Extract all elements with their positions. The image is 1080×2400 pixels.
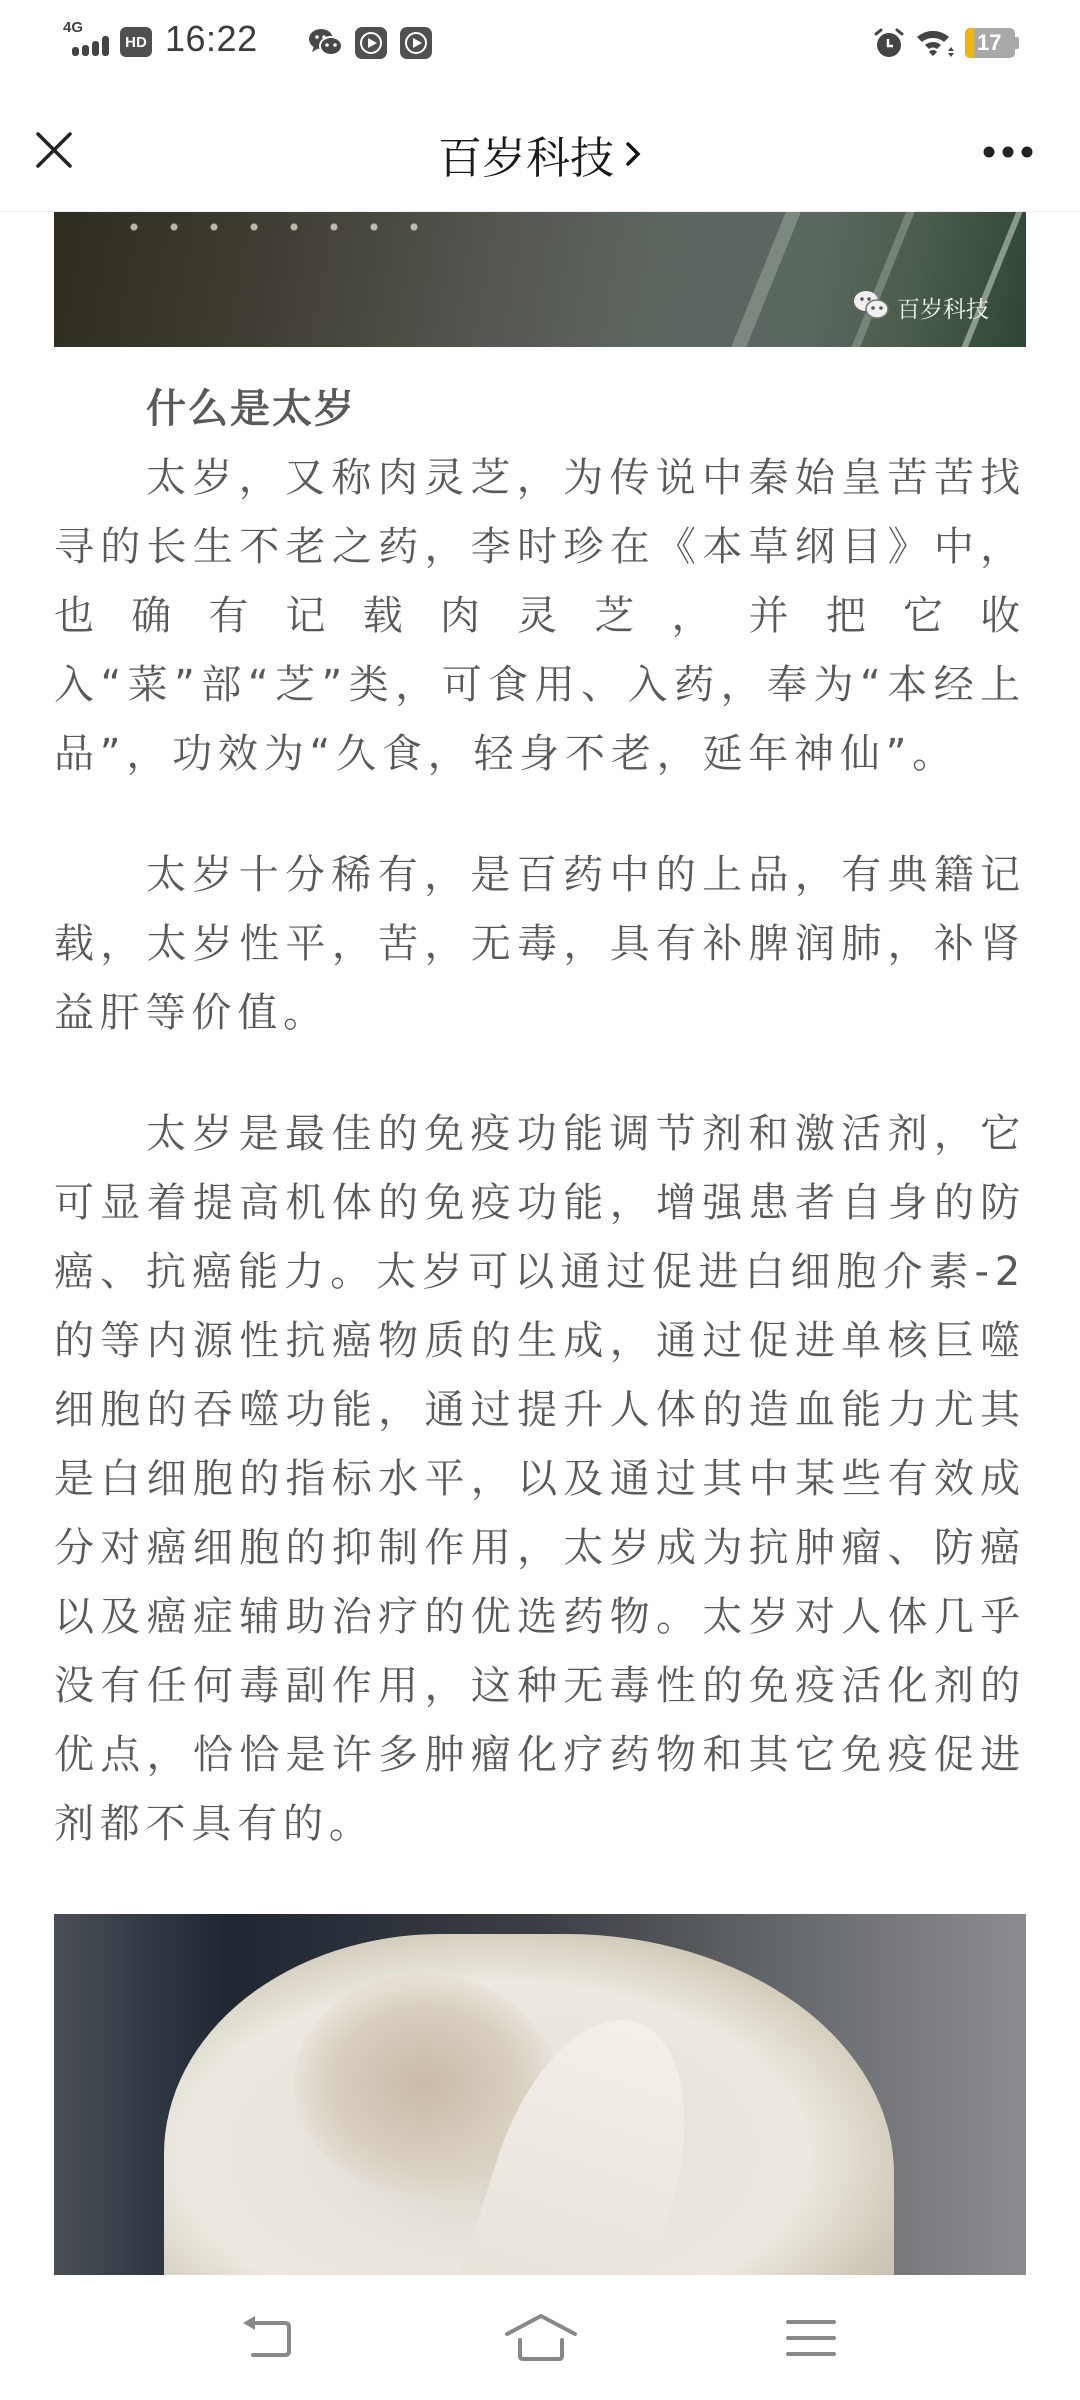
more-icon — [982, 144, 1034, 163]
battery-level: 17 — [977, 30, 1001, 56]
top-navigation-bar: 百岁科技 — [0, 88, 1080, 212]
signal-strength-icon — [72, 33, 112, 57]
wifi-icon — [915, 27, 957, 59]
recents-button[interactable] — [766, 2305, 856, 2375]
home-icon — [505, 2314, 577, 2366]
back-icon — [241, 2315, 295, 2365]
video-play-icon — [400, 27, 432, 59]
article-body: 什么是太岁 太岁，又称肉灵芝，为传说中秦始皇苦苦找寻的长生不老之药，李时珍在《本… — [54, 375, 1026, 1859]
clock-time: 16:22 — [165, 18, 258, 60]
hd-voice-icon: HD — [120, 27, 152, 57]
more-options-button[interactable] — [972, 128, 1044, 178]
menu-icon — [785, 2318, 837, 2362]
status-bar: 4G HD 16:22 — [0, 0, 1080, 88]
paragraph: 太岁，又称肉灵芝，为传说中秦始皇苦苦找寻的长生不老之药，李时珍在《本草纲目》中，… — [54, 444, 1026, 789]
battery-fill — [965, 28, 974, 58]
paragraph: 太岁是最佳的免疫功能调节剂和激活剂，它可显着提高机体的免疫功能，增强患者自身的防… — [54, 1100, 1026, 1859]
image-watermark: 百岁科技 — [853, 289, 989, 325]
paragraph: 太岁十分稀有，是百药中的上品，有典籍记载，太岁性平，苦，无毒，具有补脾润肺，补肾… — [54, 841, 1026, 1048]
battery-indicator: 17 — [965, 28, 1019, 58]
home-button[interactable] — [496, 2305, 586, 2375]
article-image-taisui[interactable] — [54, 1914, 1026, 2275]
article-image-top[interactable]: 百岁科技 — [54, 212, 1026, 347]
alarm-icon — [872, 27, 906, 59]
account-name-link[interactable]: 百岁科技 — [438, 122, 642, 186]
video-play-icon — [355, 27, 387, 59]
chevron-right-icon — [624, 139, 642, 169]
section-heading: 什么是太岁 — [54, 375, 1026, 444]
system-navigation-bar — [0, 2275, 1080, 2400]
back-button[interactable] — [223, 2305, 313, 2375]
watermark-text: 百岁科技 — [897, 291, 989, 324]
article-scroll-area[interactable]: 百岁科技 什么是太岁 太岁，又称肉灵芝，为传说中秦始皇苦苦找寻的长生不老之药，李… — [0, 212, 1080, 2275]
account-title: 百岁科技 — [438, 122, 614, 186]
wechat-icon — [308, 27, 344, 59]
wechat-icon — [853, 289, 891, 325]
